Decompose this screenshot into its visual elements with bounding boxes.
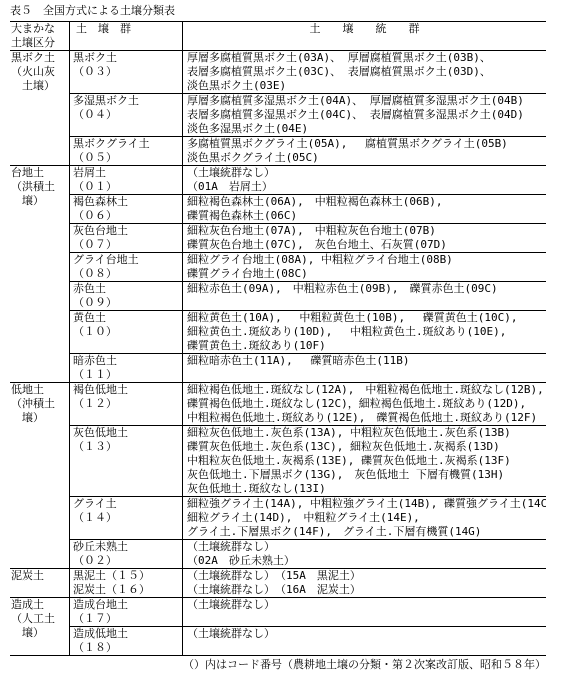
cell-line: 中粗粒褐色低地土.斑紋あり(12E), 礫質褐色低地土.斑紋あり(12F) (187, 411, 546, 425)
cell-line: 造成低地土 (73, 627, 182, 641)
cell-line: 灰色台地土 (73, 224, 182, 238)
cell-line: 灰色低地土.下層黒ボク(13G), 灰色低地土 下層有機質(13H) (187, 468, 546, 482)
cell-line: 低地土 (11, 383, 69, 397)
soil-group-cell: 黒ボクグライ土（０５） (70, 137, 183, 166)
soil-group-cell: 褐色森林土（０６） (70, 195, 183, 224)
document-page: 表５ 全国方式による土壌分類表 大まかな 土壌区分 土 壌 群 土 壌 統 群 … (0, 0, 566, 693)
cell-line: 泥炭土 (11, 569, 69, 583)
cell-line: （01A 岩屑土） (187, 180, 546, 194)
soil-group-cell: 暗赤色土（１１） (70, 354, 183, 383)
category-cell: 台地土（洪積土 壌） (10, 166, 70, 383)
header-row: 大まかな 土壌区分 土 壌 群 土 壌 統 群 (10, 22, 546, 51)
cell-line: 壌） (11, 626, 69, 640)
cell-line: グライ台地土 (73, 253, 182, 267)
cell-line: （洪積土 (11, 180, 69, 194)
soil-series-cell: （土壌統群なし） （15A 黒泥土）（土壌統群なし） （16A 泥炭土） (183, 569, 547, 598)
soil-series-cell: 細粒褐色森林土(06A), 中粗粒褐色森林土(06B),礫質褐色森林土(06C) (183, 195, 547, 224)
soil-group-cell: 造成台地土（１７） (70, 598, 183, 627)
category-cell: 泥炭土 (10, 569, 70, 598)
soil-group-cell: グライ台地土（０８） (70, 253, 183, 282)
table-row: 泥炭土黒泥土（１５）泥炭土（１６）（土壌統群なし） （15A 黒泥土）（土壌統群… (10, 569, 546, 598)
soil-series-cell: 細粒暗赤色土(11A), 礫質暗赤色土(11B) (183, 354, 547, 383)
soil-series-cell: （土壌統群なし）（02A 砂丘未熟土） (183, 540, 547, 569)
cell-line: （土壌統群なし） (187, 540, 546, 554)
cell-line: 細粒グライ台地土(08A), 中粗粒グライ台地土(08B) (187, 253, 546, 267)
soil-series-cell: 細粒グライ台地土(08A), 中粗粒グライ台地土(08B)礫質グライ台地土(08… (183, 253, 547, 282)
table-row: グライ台地土（０８）細粒グライ台地土(08A), 中粗粒グライ台地土(08B)礫… (10, 253, 546, 282)
cell-line: 褐色低地土 (73, 383, 182, 397)
soil-table-body: 黒ボク土（火山灰 土壌）黒ボク土（０３）厚層多腐植質黒ボク土(03A)、 厚層腐… (10, 51, 546, 656)
soil-group-cell: 灰色台地土（０７） (70, 224, 183, 253)
cell-line: 砂丘未熟土 (73, 540, 182, 554)
cell-line: （０６） (73, 209, 182, 223)
table-row: 黒ボクグライ土（０５）多腐植質黒ボクグライ土(05A), 腐植質黒ボクグライ土(… (10, 137, 546, 166)
header-soil-series-group-label: 土 壌 統 群 (183, 22, 546, 36)
soil-group-cell: 砂丘未熟土（０２） (70, 540, 183, 569)
cell-line: 黒ボク土 (11, 51, 69, 65)
cell-line: （１７） (73, 612, 182, 626)
soil-group-cell: 赤色土（０９） (70, 282, 183, 311)
header-soil-series-group: 土 壌 統 群 (183, 22, 547, 51)
cell-line: 礫質黄色土.斑紋あり(10F) (187, 339, 546, 353)
soil-group-cell: 褐色低地土（１２） (70, 383, 183, 426)
cell-line: 黒ボクグライ土 (73, 137, 182, 151)
soil-group-cell: グライ土（１４） (70, 497, 183, 540)
cell-line: 細粒黄色土(10A), 中粗粒黄色土(10B), 礫質黄色土(10C), (187, 311, 546, 325)
cell-line: 壌） (11, 411, 69, 425)
cell-line: 赤色土 (73, 282, 182, 296)
cell-line: 細粒褐色低地土.斑紋なし(12A), 中粗粒褐色低地土.斑紋なし(12B), (187, 383, 546, 397)
soil-group-cell: 岩屑土（０１） (70, 166, 183, 195)
cell-line: 礫質灰色低地土.灰色系(13C), 細粒灰色低地土.灰褐系(13D) (187, 440, 546, 454)
cell-line: 台地土 (11, 166, 69, 180)
cell-line: （１８） (73, 641, 182, 655)
table-row: 砂丘未熟土（０２）（土壌統群なし）（02A 砂丘未熟土） (10, 540, 546, 569)
table-row: 黄色土（１０）細粒黄色土(10A), 中粗粒黄色土(10B), 礫質黄色土(10… (10, 311, 546, 354)
table-row: グライ土（１４）細粒強グライ土(14A), 中粗粒強グライ土(14B), 礫質強… (10, 497, 546, 540)
cell-line: （１０） (73, 325, 182, 339)
cell-line: 礫質褐色低地土.斑紋なし(12C)，細粒褐色低地土.斑紋あり(12D), (187, 397, 546, 411)
cell-line: （０２） (73, 554, 182, 568)
cell-line: （０８） (73, 267, 182, 281)
cell-line: （１２） (73, 397, 182, 411)
cell-line: （沖積土 (11, 397, 69, 411)
cell-line: （土壌統群なし） (187, 598, 546, 612)
cell-line: 壌） (11, 194, 69, 208)
cell-line: 淡色黒ボクグライ土(05C) (187, 151, 546, 165)
table-row: 多湿黒ボク土（０４）厚層多腐植質多湿黒ボク土(04A)、 厚層腐植質多湿黒ボク土… (10, 94, 546, 137)
soil-group-cell: 黄色土（１０） (70, 311, 183, 354)
cell-line: 表層多腐植質多湿黒ボク土(04C)、 表層腐植質多湿黒ボク土(04D) (187, 108, 546, 122)
category-cell: 造成土（人工土 壌） (10, 598, 70, 656)
soil-series-cell: 細粒褐色低地土.斑紋なし(12A), 中粗粒褐色低地土.斑紋なし(12B),礫質… (183, 383, 547, 426)
table-row: 台地土（洪積土 壌）岩屑土（０１）（土壌統群なし）（01A 岩屑土） (10, 166, 546, 195)
cell-line: 造成台地土 (73, 598, 182, 612)
cell-line: 礫質灰色台地土(07C), 灰色台地土、石灰質(07D) (187, 238, 546, 252)
cell-line: 暗赤色土 (73, 354, 182, 368)
cell-line: グライ土.下層黒ボク(14F), グライ土.下層有機質(14G) (187, 525, 546, 539)
cell-line: 土壌） (11, 79, 69, 93)
cell-line: （０９） (73, 296, 182, 310)
soil-series-cell: 細粒灰色低地土.灰色系(13A), 中粗粒灰色低地土.灰色系(13B)礫質灰色低… (183, 426, 547, 497)
cell-line: （０５） (73, 151, 182, 165)
table-row: 灰色台地土（０７）細粒灰色台地土(07A), 中粗粒灰色台地土(07B)礫質灰色… (10, 224, 546, 253)
cell-line: 細粒強グライ土(14A), 中粗粒強グライ土(14B), 礫質強グライ土(14C… (187, 497, 546, 511)
cell-line: 淡色黒ボク土(03E) (187, 79, 546, 93)
cell-line: 中粗粒灰色低地土.灰褐系(13E), 礫質灰色低地土.灰褐系(13F) (187, 454, 546, 468)
soil-series-cell: 厚層多腐植質多湿黒ボク土(04A)、 厚層腐植質多湿黒ボク土(04B)表層多腐植… (183, 94, 547, 137)
cell-line: （１１） (73, 368, 182, 382)
cell-line: （０４） (73, 108, 182, 122)
table-row: 褐色森林土（０６）細粒褐色森林土(06A), 中粗粒褐色森林土(06B),礫質褐… (10, 195, 546, 224)
cell-line: 岩屑土 (73, 166, 182, 180)
cell-line: （１４） (73, 511, 182, 525)
soil-group-cell: 黒ボク土（０３） (70, 51, 183, 94)
cell-line: （02A 砂丘未熟土） (187, 554, 546, 568)
table-row: 造成土（人工土 壌）造成台地土（１７）（土壌統群なし） (10, 598, 546, 627)
soil-series-cell: 細粒強グライ土(14A), 中粗粒強グライ土(14B), 礫質強グライ土(14C… (183, 497, 547, 540)
table-row: 暗赤色土（１１）細粒暗赤色土(11A), 礫質暗赤色土(11B) (10, 354, 546, 383)
table-row: 灰色低地土（１３）細粒灰色低地土.灰色系(13A), 中粗粒灰色低地土.灰色系(… (10, 426, 546, 497)
cell-line: 細粒灰色台地土(07A), 中粗粒灰色台地土(07B) (187, 224, 546, 238)
cell-line: 礫質褐色森林土(06C) (187, 209, 546, 223)
cell-line: 厚層多腐植質黒ボク土(03A)、 厚層腐植質黒ボク土(03B)、 (187, 51, 546, 65)
table-row: 黒ボク土（火山灰 土壌）黒ボク土（０３）厚層多腐植質黒ボク土(03A)、 厚層腐… (10, 51, 546, 94)
soil-group-cell: 黒泥土（１５）泥炭土（１６） (70, 569, 183, 598)
cell-line: （０７） (73, 238, 182, 252)
cell-line: （人工土 (11, 612, 69, 626)
cell-line: 淡色多湿黒ボク土(04E) (187, 122, 546, 136)
header-soil-group-label: 土 壌 群 (76, 22, 182, 36)
cell-line: 褐色森林土 (73, 195, 182, 209)
header-soil-group: 土 壌 群 (70, 22, 183, 51)
cell-line: （土壌統群なし） (187, 166, 546, 180)
header-category: 大まかな 土壌区分 (10, 22, 70, 51)
cell-line: （火山灰 (11, 65, 69, 79)
soil-group-cell: 灰色低地土（１３） (70, 426, 183, 497)
cell-line: （土壌統群なし） （15A 黒泥土） (187, 569, 546, 583)
cell-line: 細粒黄色土.斑紋あり(10D), 中粗粒黄色土.斑紋あり(10E), (187, 325, 546, 339)
cell-line: 礫質グライ台地土(08C) (187, 267, 546, 281)
cell-line: 黒泥土（１５） (73, 569, 182, 583)
cell-line: 細粒暗赤色土(11A), 礫質暗赤色土(11B) (187, 354, 546, 368)
footnote-code-number: （）内はコード番号（農耕地土壌の分類・第２次案改訂版、昭和５８年） (10, 658, 546, 672)
cell-line: 黄色土 (73, 311, 182, 325)
cell-line: （土壌統群なし） (187, 627, 546, 641)
cell-line: 灰色低地土.斑紋なし(13I) (187, 482, 546, 496)
page-title: 表５ 全国方式による土壌分類表 (10, 4, 566, 18)
table-row: 低地土（沖積土 壌）褐色低地土（１２）細粒褐色低地土.斑紋なし(12A), 中粗… (10, 383, 546, 426)
cell-line: （０３） (73, 65, 182, 79)
soil-classification-table: 大まかな 土壌区分 土 壌 群 土 壌 統 群 黒ボク土（火山灰 土壌）黒ボク土… (10, 21, 546, 656)
soil-series-cell: （土壌統群なし）（01A 岩屑土） (183, 166, 547, 195)
soil-series-cell: 厚層多腐植質黒ボク土(03A)、 厚層腐植質黒ボク土(03B)、表層多腐植質黒ボ… (183, 51, 547, 94)
header-category-line1: 大まかな (11, 22, 69, 36)
cell-line: （０１） (73, 180, 182, 194)
cell-line: 泥炭土（１６） (73, 583, 182, 597)
cell-line: （１３） (73, 440, 182, 454)
cell-line: 細粒赤色土(09A), 中粗粒赤色土(09B), 礫質赤色土(09C) (187, 282, 546, 296)
soil-series-cell: 多腐植質黒ボクグライ土(05A), 腐植質黒ボクグライ土(05B)淡色黒ボクグラ… (183, 137, 547, 166)
cell-line: 細粒グライ土(14D), 中粗粒グライ土(14E), (187, 511, 546, 525)
soil-group-cell: 造成低地土（１８） (70, 627, 183, 656)
cell-line: 多湿黒ボク土 (73, 94, 182, 108)
soil-series-cell: 細粒灰色台地土(07A), 中粗粒灰色台地土(07B)礫質灰色台地土(07C),… (183, 224, 547, 253)
cell-line: 表層多腐植質黒ボク土(03C)、 表層腐植質黒ボク土(03D)、 (187, 65, 546, 79)
soil-series-cell: 細粒赤色土(09A), 中粗粒赤色土(09B), 礫質赤色土(09C) (183, 282, 547, 311)
soil-series-cell: （土壌統群なし） (183, 627, 547, 656)
cell-line: 細粒灰色低地土.灰色系(13A), 中粗粒灰色低地土.灰色系(13B) (187, 426, 546, 440)
cell-line: 黒ボク土 (73, 51, 182, 65)
cell-line: 細粒褐色森林土(06A), 中粗粒褐色森林土(06B), (187, 195, 546, 209)
cell-line: 厚層多腐植質多湿黒ボク土(04A)、 厚層腐植質多湿黒ボク土(04B) (187, 94, 546, 108)
soil-series-cell: （土壌統群なし） (183, 598, 547, 627)
category-cell: 低地土（沖積土 壌） (10, 383, 70, 569)
cell-line: （土壌統群なし） （16A 泥炭土） (187, 583, 546, 597)
table-row: 赤色土（０９）細粒赤色土(09A), 中粗粒赤色土(09B), 礫質赤色土(09… (10, 282, 546, 311)
soil-group-cell: 多湿黒ボク土（０４） (70, 94, 183, 137)
cell-line: 灰色低地土 (73, 426, 182, 440)
cell-line: 多腐植質黒ボクグライ土(05A), 腐植質黒ボクグライ土(05B) (187, 137, 546, 151)
table-header: 大まかな 土壌区分 土 壌 群 土 壌 統 群 (10, 22, 546, 51)
category-cell: 黒ボク土（火山灰 土壌） (10, 51, 70, 166)
table-row: 造成低地土（１８）（土壌統群なし） (10, 627, 546, 656)
soil-series-cell: 細粒黄色土(10A), 中粗粒黄色土(10B), 礫質黄色土(10C),細粒黄色… (183, 311, 547, 354)
cell-line: グライ土 (73, 497, 182, 511)
cell-line: 造成土 (11, 598, 69, 612)
header-category-line2: 土壌区分 (11, 36, 69, 50)
